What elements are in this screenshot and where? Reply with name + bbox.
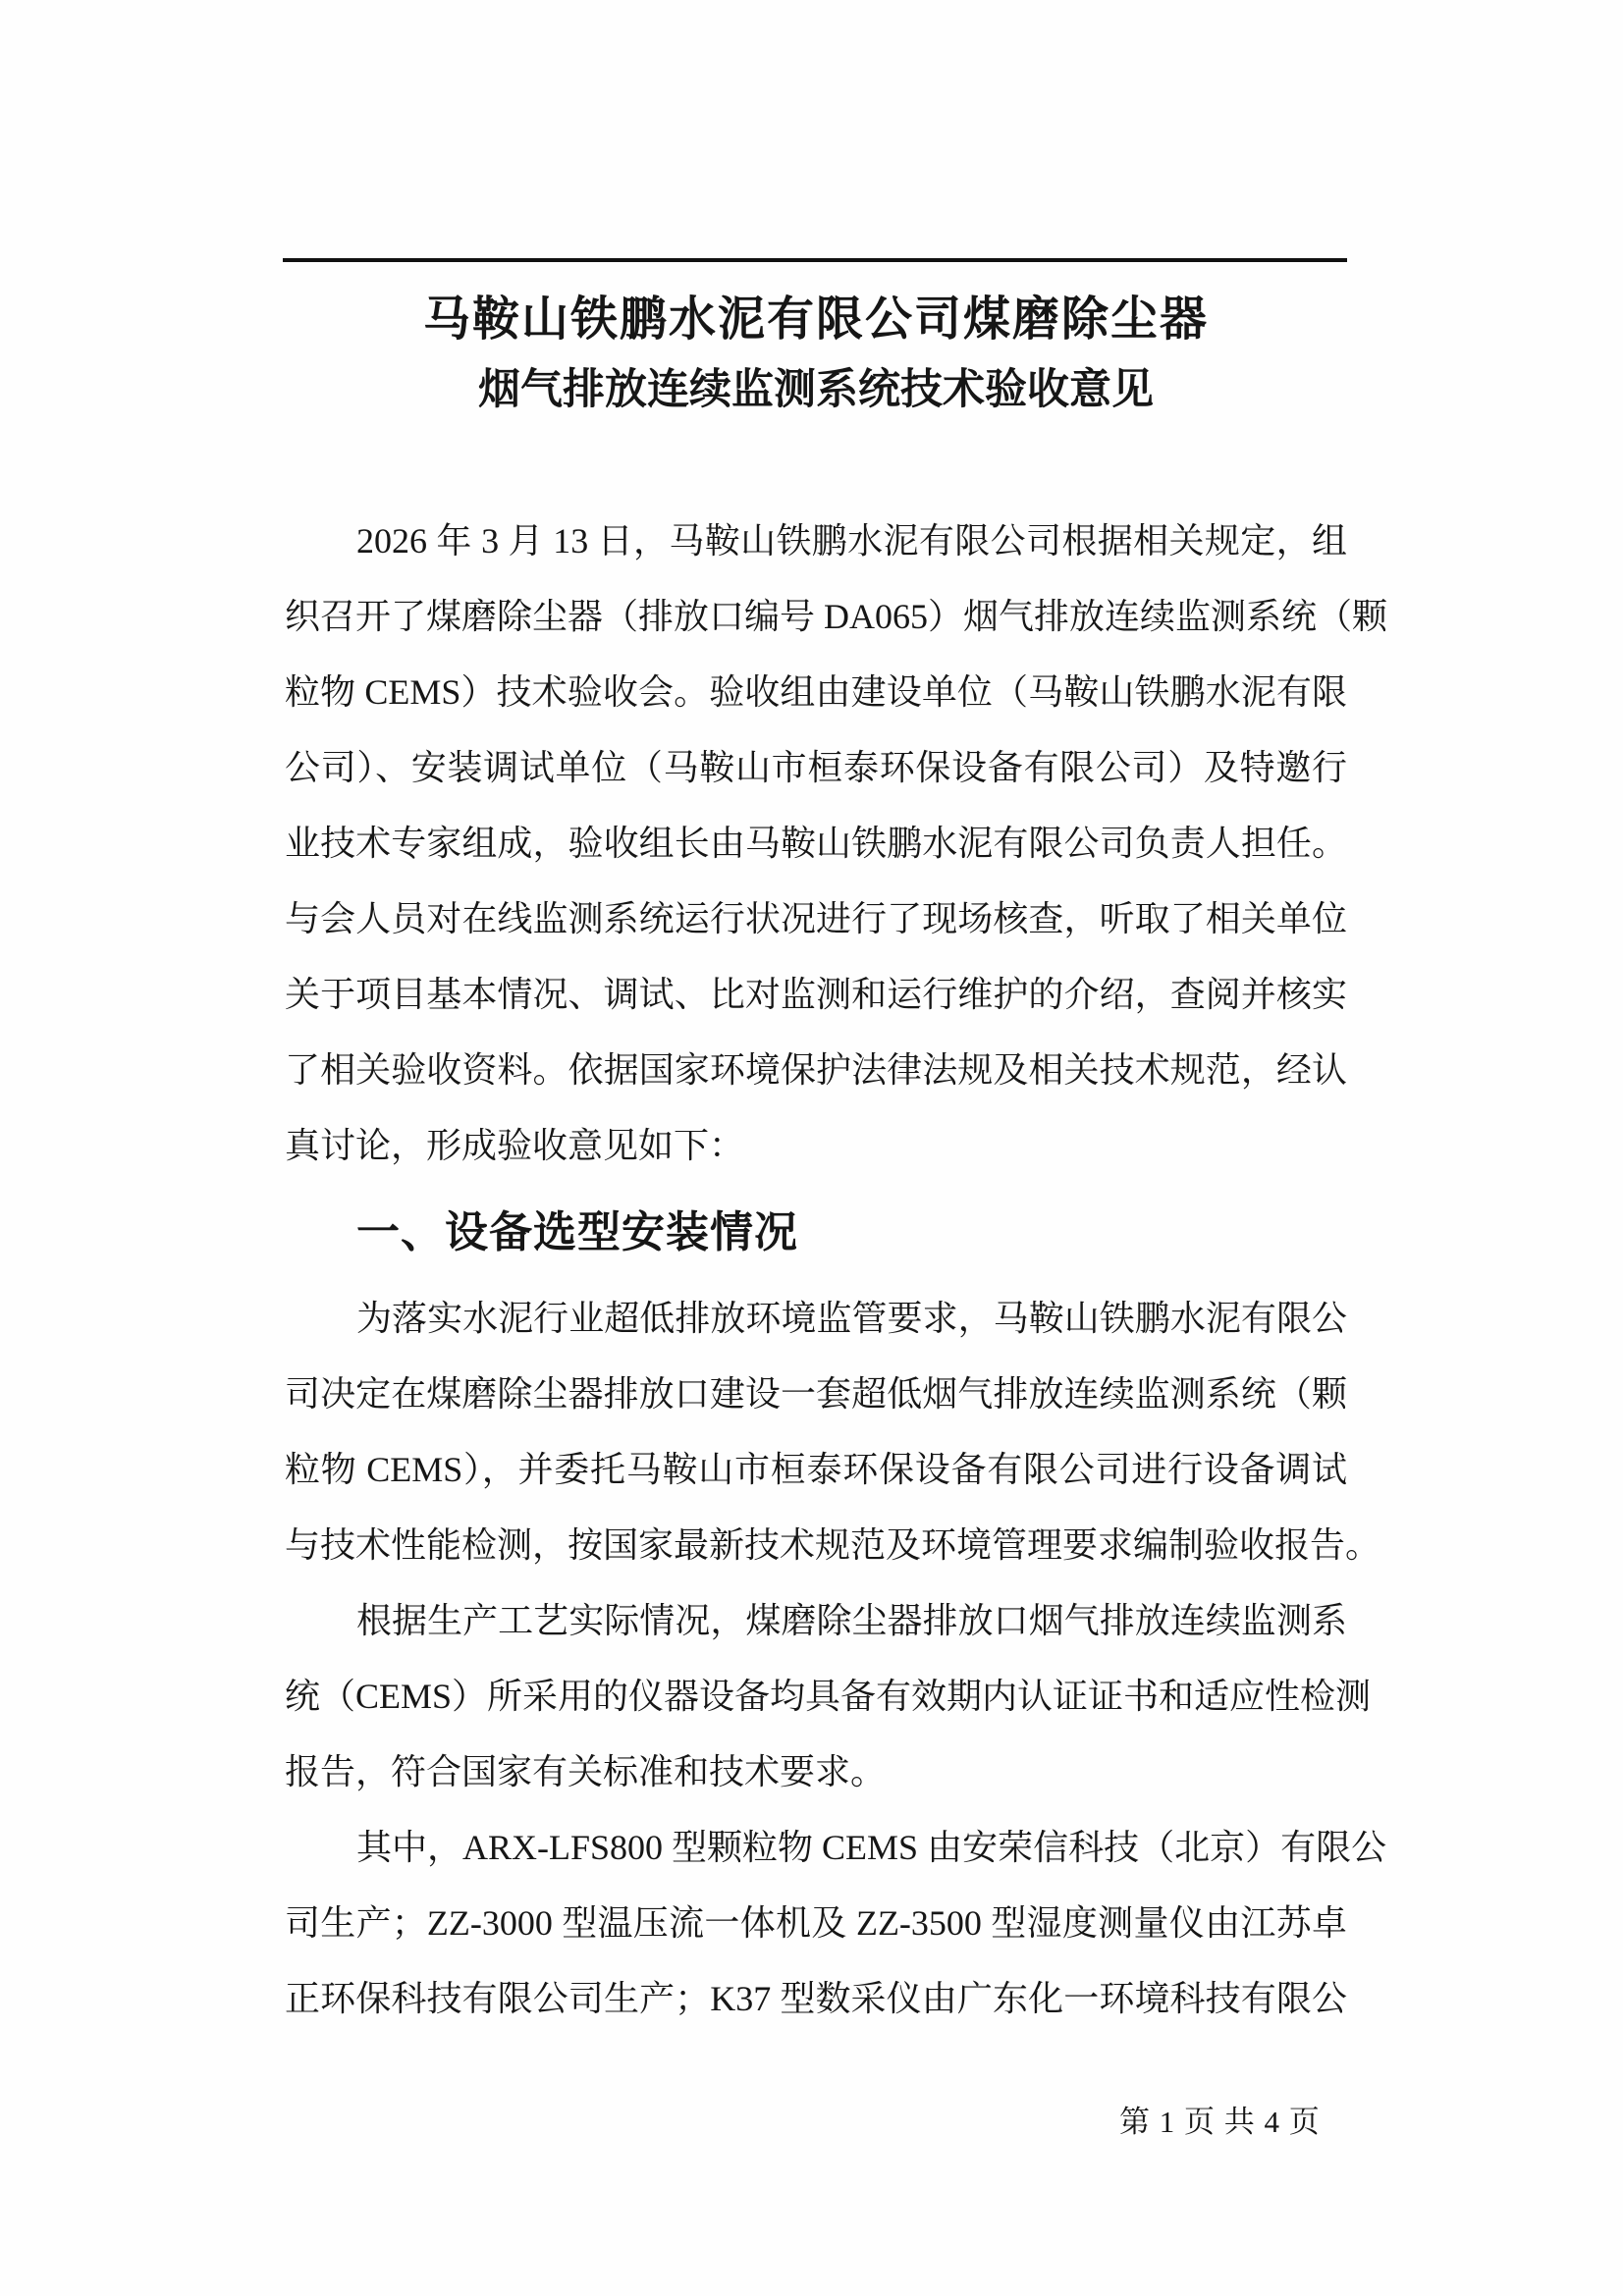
text-line: 业技术专家组成，验收组长由马鞍山铁鹏水泥有限公司负责人担任。 bbox=[285, 806, 1347, 881]
paragraph-4: 其中，ARX-LFS800 型颗粒物 CEMS 由安荣信科技（北京）有限公 司生… bbox=[285, 1810, 1347, 2037]
text-line: 统（CEMS）所采用的仪器设备均具备有效期内认证证书和适应性检测 bbox=[285, 1659, 1347, 1735]
header-rule bbox=[283, 258, 1347, 262]
text-line: 与会人员对在线监测系统运行状况进行了现场核查，听取了相关单位 bbox=[285, 881, 1347, 957]
paragraph-2: 为落实水泥行业超低排放环境监管要求，马鞍山铁鹏水泥有限公 司决定在煤磨除尘器排放… bbox=[285, 1281, 1347, 1583]
text-line: 织召开了煤磨除尘器（排放口编号 DA065）烟气排放连续监测系统（颗 bbox=[285, 579, 1347, 655]
text-line: 了相关验收资料。依据国家环境保护法律法规及相关技术规范，经认 bbox=[285, 1033, 1347, 1108]
document-body: 2026 年 3 月 13 日，马鞍山铁鹏水泥有限公司根据相关规定，组 织召开了… bbox=[285, 504, 1347, 2037]
text-line: 2026 年 3 月 13 日，马鞍山铁鹏水泥有限公司根据相关规定，组 bbox=[285, 504, 1347, 579]
paragraph-3: 根据生产工艺实际情况，煤磨除尘器排放口烟气排放连续监测系 统（CEMS）所采用的… bbox=[285, 1583, 1347, 1810]
text-line: 公司）、安装调试单位（马鞍山市桓泰环保设备有限公司）及特邀行 bbox=[285, 730, 1347, 806]
document-title-line2: 烟气排放连续监测系统技术验收意见 bbox=[285, 365, 1347, 416]
page-footer: 第 1 页 共 4 页 bbox=[1119, 2097, 1321, 2141]
text-line: 关于项目基本情况、调试、比对监测和运行维护的介绍，查阅并核实 bbox=[285, 957, 1347, 1033]
section-heading-1: 一、设备选型安装情况 bbox=[285, 1184, 1347, 1281]
text-line: 与技术性能检测，按国家最新技术规范及环境管理要求编制验收报告。 bbox=[285, 1508, 1347, 1583]
document-page: 马鞍山铁鹏水泥有限公司煤磨除尘器 烟气排放连续监测系统技术验收意见 2026 年… bbox=[0, 0, 1623, 2296]
text-line: 粒物 CEMS），并委托马鞍山市桓泰环保设备有限公司进行设备调试 bbox=[285, 1432, 1347, 1508]
document-title-line1: 马鞍山铁鹏水泥有限公司煤磨除尘器 bbox=[285, 292, 1347, 348]
text-line: 正环保科技有限公司生产；K37 型数采仪由广东化一环境科技有限公 bbox=[285, 1961, 1347, 2037]
text-line: 报告，符合国家有关标准和技术要求。 bbox=[285, 1735, 1347, 1810]
text-line: 真讨论，形成验收意见如下： bbox=[285, 1108, 1347, 1184]
paragraph-1: 2026 年 3 月 13 日，马鞍山铁鹏水泥有限公司根据相关规定，组 织召开了… bbox=[285, 504, 1347, 1184]
text-line: 司决定在煤磨除尘器排放口建设一套超低烟气排放连续监测系统（颗 bbox=[285, 1357, 1347, 1432]
text-line: 其中，ARX-LFS800 型颗粒物 CEMS 由安荣信科技（北京）有限公 bbox=[285, 1810, 1347, 1886]
text-line: 司生产；ZZ-3000 型温压流一体机及 ZZ-3500 型湿度测量仪由江苏卓 bbox=[285, 1886, 1347, 1961]
text-line: 为落实水泥行业超低排放环境监管要求，马鞍山铁鹏水泥有限公 bbox=[285, 1281, 1347, 1357]
text-line: 根据生产工艺实际情况，煤磨除尘器排放口烟气排放连续监测系 bbox=[285, 1583, 1347, 1659]
text-line: 粒物 CEMS）技术验收会。验收组由建设单位（马鞍山铁鹏水泥有限 bbox=[285, 655, 1347, 730]
